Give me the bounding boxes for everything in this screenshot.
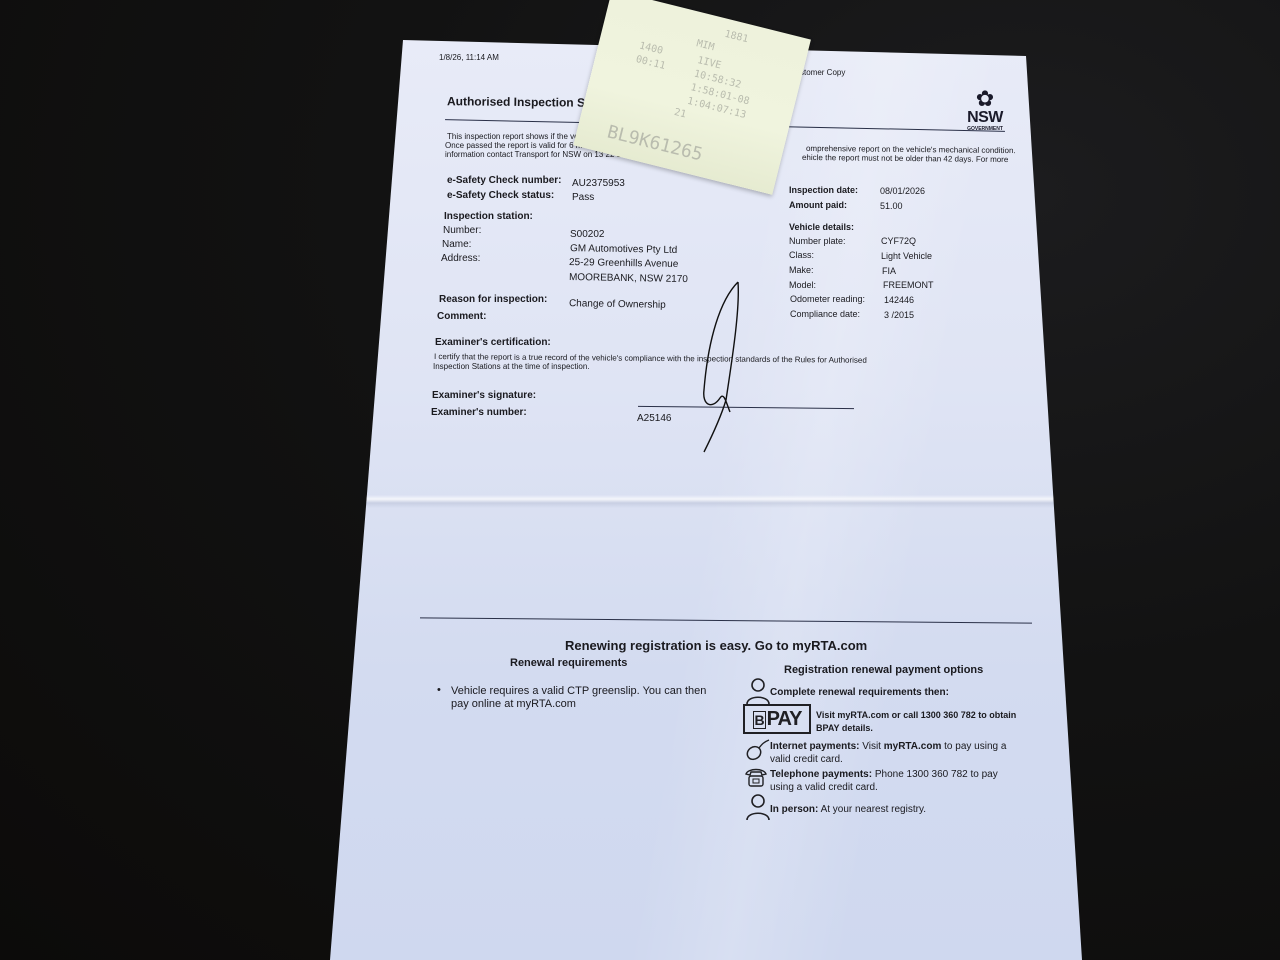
option-complete-requirements: Complete renewal requirements then: [770, 687, 949, 698]
certification-heading: Examiner's certification: [435, 337, 551, 348]
requirement-line-1: Vehicle requires a valid CTP greenslip. … [451, 685, 706, 697]
option-bpay-line-1: Visit myRTA.com or call 1300 360 782 to … [816, 710, 1016, 720]
examiner-signature [680, 280, 760, 460]
renewal-requirements-heading: Renewal requirements [510, 657, 627, 669]
option-telephone-line-2: using a valid credit card. [770, 782, 878, 793]
myrta-link[interactable]: myRTA.com [884, 741, 942, 752]
examiner-number-value: A25146 [637, 413, 671, 424]
check-status-label: e-Safety Check status: [447, 190, 554, 201]
person-icon [745, 793, 771, 821]
customer-copy-label: stomer Copy [800, 68, 845, 77]
reason-label: Reason for inspection: [439, 294, 547, 305]
requirement-line-2: pay online at myRTA.com [451, 698, 576, 710]
option-internet-line-1: Internet payments: Visit myRTA.com to pa… [770, 741, 1006, 752]
station-number-label: Number: [443, 225, 481, 236]
logo-name: NSW [960, 110, 1010, 126]
print-timestamp: 1/8/26, 11:14 AM [439, 53, 499, 62]
amount-paid-value: 51.00 [880, 201, 903, 211]
check-number-label: e-Safety Check number: [447, 175, 561, 186]
waratah-icon: ✿ [960, 88, 1010, 110]
mouse-icon [744, 738, 770, 762]
document-title: Authorised Inspection Sta [447, 94, 596, 110]
station-address-line2: MOOREBANK, NSW 2170 [569, 272, 688, 285]
option-in-person: In person: At your nearest registry. [770, 804, 926, 815]
option-internet-line-2: valid credit card. [770, 754, 843, 765]
station-address-line1: 25-29 Greenhills Avenue [569, 257, 679, 270]
telephone-icon [744, 766, 768, 788]
class-value: Light Vehicle [881, 251, 932, 261]
check-status-value: Pass [572, 192, 594, 203]
plate-label: Number plate: [789, 236, 846, 246]
odometer-value: 142446 [884, 295, 914, 305]
logo-sub: GOVERNMENT [960, 126, 1010, 132]
amount-paid-label: Amount paid: [789, 200, 847, 210]
station-address-label: Address: [441, 253, 480, 264]
nsw-government-logo: ✿ NSW GOVERNMENT [960, 88, 1010, 132]
inspection-date-value: 08/01/2026 [880, 186, 925, 196]
renewal-banner: Renewing registration is easy. Go to myR… [565, 638, 867, 653]
inspection-date-label: Inspection date: [789, 185, 858, 195]
compliance-label: Compliance date: [790, 309, 860, 319]
compliance-value: 3 /2015 [884, 310, 914, 320]
station-name-label: Name: [442, 239, 471, 250]
person-icon [745, 677, 771, 705]
option-telephone-line-1: Telephone payments: Phone 1300 360 782 t… [770, 769, 998, 780]
vehicle-heading: Vehicle details: [789, 222, 854, 232]
check-number-value: AU2375953 [572, 178, 625, 189]
make-value: FIA [882, 266, 896, 276]
option-bpay-line-2: BPAY details. [816, 723, 873, 733]
examiner-number-label: Examiner's number: [431, 407, 527, 418]
intro-line-1: This inspection report shows if the vehi… [447, 132, 595, 141]
payment-options-heading: Registration renewal payment options [784, 664, 983, 676]
comment-label: Comment: [437, 311, 486, 322]
make-label: Make: [789, 265, 814, 275]
reason-value: Change of Ownership [569, 298, 666, 311]
plate-value: CYF72Q [881, 236, 916, 246]
station-heading: Inspection station: [444, 211, 533, 222]
station-number-value: S00202 [570, 229, 604, 240]
station-name-value: GM Automotives Pty Ltd [570, 243, 677, 256]
class-label: Class: [789, 250, 814, 260]
model-value: FREEMONT [883, 280, 934, 290]
certification-line-2: Inspection Stations at the time of inspe… [433, 362, 590, 371]
odometer-label: Odometer reading: [790, 294, 865, 304]
bullet-icon: • [437, 684, 441, 696]
bpay-logo: BPAY [743, 704, 811, 734]
model-label: Model: [789, 280, 816, 290]
signature-label: Examiner's signature: [432, 390, 536, 401]
